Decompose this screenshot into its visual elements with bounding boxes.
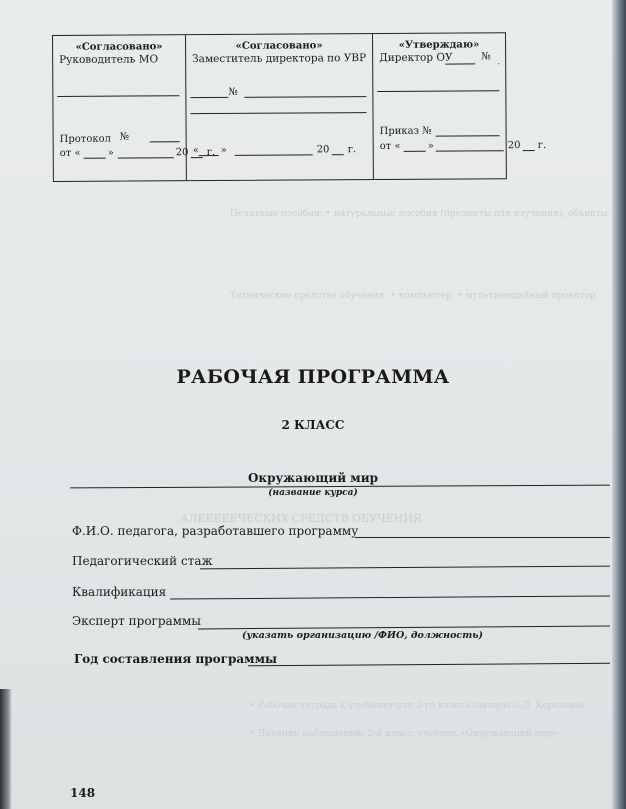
approval-role: Директор ОУ: [379, 52, 452, 64]
number-sign: №: [228, 87, 238, 98]
document-page: Печатные пособия: • натуральные пособия …: [0, 0, 626, 809]
page-number: 148: [70, 786, 95, 800]
year-line[interactable]: [523, 150, 535, 151]
number-line[interactable]: [244, 96, 366, 98]
protocol-number-line[interactable]: [150, 141, 180, 142]
field-qualification-label: Квалификация: [72, 585, 166, 599]
day-line[interactable]: [199, 155, 219, 156]
date-mid: »: [108, 148, 114, 159]
date-mid: »: [221, 145, 227, 156]
book-edge-shadow: [612, 0, 626, 809]
field-teacher-name-label: Ф.И.О. педагога, разработавшего программ…: [72, 524, 358, 538]
approval-table: «Согласовано» Руководитель МО Протокол №…: [52, 32, 507, 182]
bleed-through-text: Печатные пособия: • натуральные пособия …: [230, 208, 626, 221]
approval-cell-mo: «Согласовано» Руководитель МО Протокол №…: [53, 35, 187, 181]
signature-line[interactable]: [190, 97, 228, 98]
field-expert-label: Эксперт программы: [72, 614, 201, 628]
number-sign: №: [120, 132, 130, 143]
approval-role: Руководитель МО: [59, 53, 179, 66]
director-name-line[interactable]: [445, 63, 475, 64]
field-expert-line[interactable]: [198, 626, 610, 630]
approval-role: Заместитель директора по УВР: [192, 52, 366, 65]
field-year-line[interactable]: [248, 663, 610, 667]
number-sign: №: [481, 51, 491, 62]
field-expert-caption: (указать организацию /ФИО, должность): [242, 630, 483, 641]
bleed-through-text: Технические средства обучения: • компьют…: [230, 290, 596, 303]
approval-cell-director: «Утверждаю» Директор ОУ № Приказ № от « …: [373, 33, 506, 179]
signature-line[interactable]: [377, 90, 499, 92]
month-line[interactable]: [235, 154, 313, 155]
document-class: 2 КЛАСС: [0, 418, 626, 432]
month-line[interactable]: [118, 157, 174, 158]
document-title: РАБОЧАЯ ПРОГРАММА: [0, 366, 626, 388]
signature-line[interactable]: [57, 95, 179, 97]
protocol-label: Протокол: [60, 134, 111, 145]
month-line[interactable]: [436, 150, 504, 151]
field-teacher-name-line[interactable]: [355, 537, 610, 538]
course-caption: (название курса): [0, 488, 626, 498]
book-spine-shadow: [0, 689, 12, 809]
year-prefix: 20: [317, 144, 330, 155]
day-line[interactable]: [404, 151, 426, 152]
bleed-through-text: • Дневник наблюдений; 2-й класс; учебник…: [250, 728, 559, 741]
bleed-through-text: • Рабочая тетрадь к учебнику для 2-го кл…: [250, 700, 584, 713]
year-prefix: 20: [508, 140, 521, 151]
field-year-label: Год составления программы: [74, 652, 277, 666]
order-number-line[interactable]: [436, 135, 500, 136]
year-line[interactable]: [332, 154, 344, 155]
date-prefix: от «: [380, 141, 401, 152]
year-suffix: г.: [348, 144, 356, 155]
order-label: Приказ №: [380, 126, 432, 137]
approval-title: «Согласовано»: [192, 40, 366, 52]
year-suffix: г.: [538, 140, 546, 151]
field-qualification-line[interactable]: [170, 595, 610, 599]
approval-title: «Утверждаю»: [379, 39, 499, 51]
date-mid: »: [428, 141, 434, 152]
field-experience-label: Педагогический стаж: [72, 554, 213, 568]
approval-title: «Согласовано»: [59, 41, 179, 53]
approval-cell-deputy: «Согласовано» Заместитель директора по У…: [186, 34, 374, 180]
field-experience-line[interactable]: [200, 566, 610, 570]
number-line[interactable]: [498, 63, 499, 64]
course-name: Окружающий мир: [0, 471, 626, 485]
date-prefix: от «: [60, 148, 81, 159]
name-line[interactable]: [190, 112, 366, 114]
day-line[interactable]: [84, 158, 106, 159]
